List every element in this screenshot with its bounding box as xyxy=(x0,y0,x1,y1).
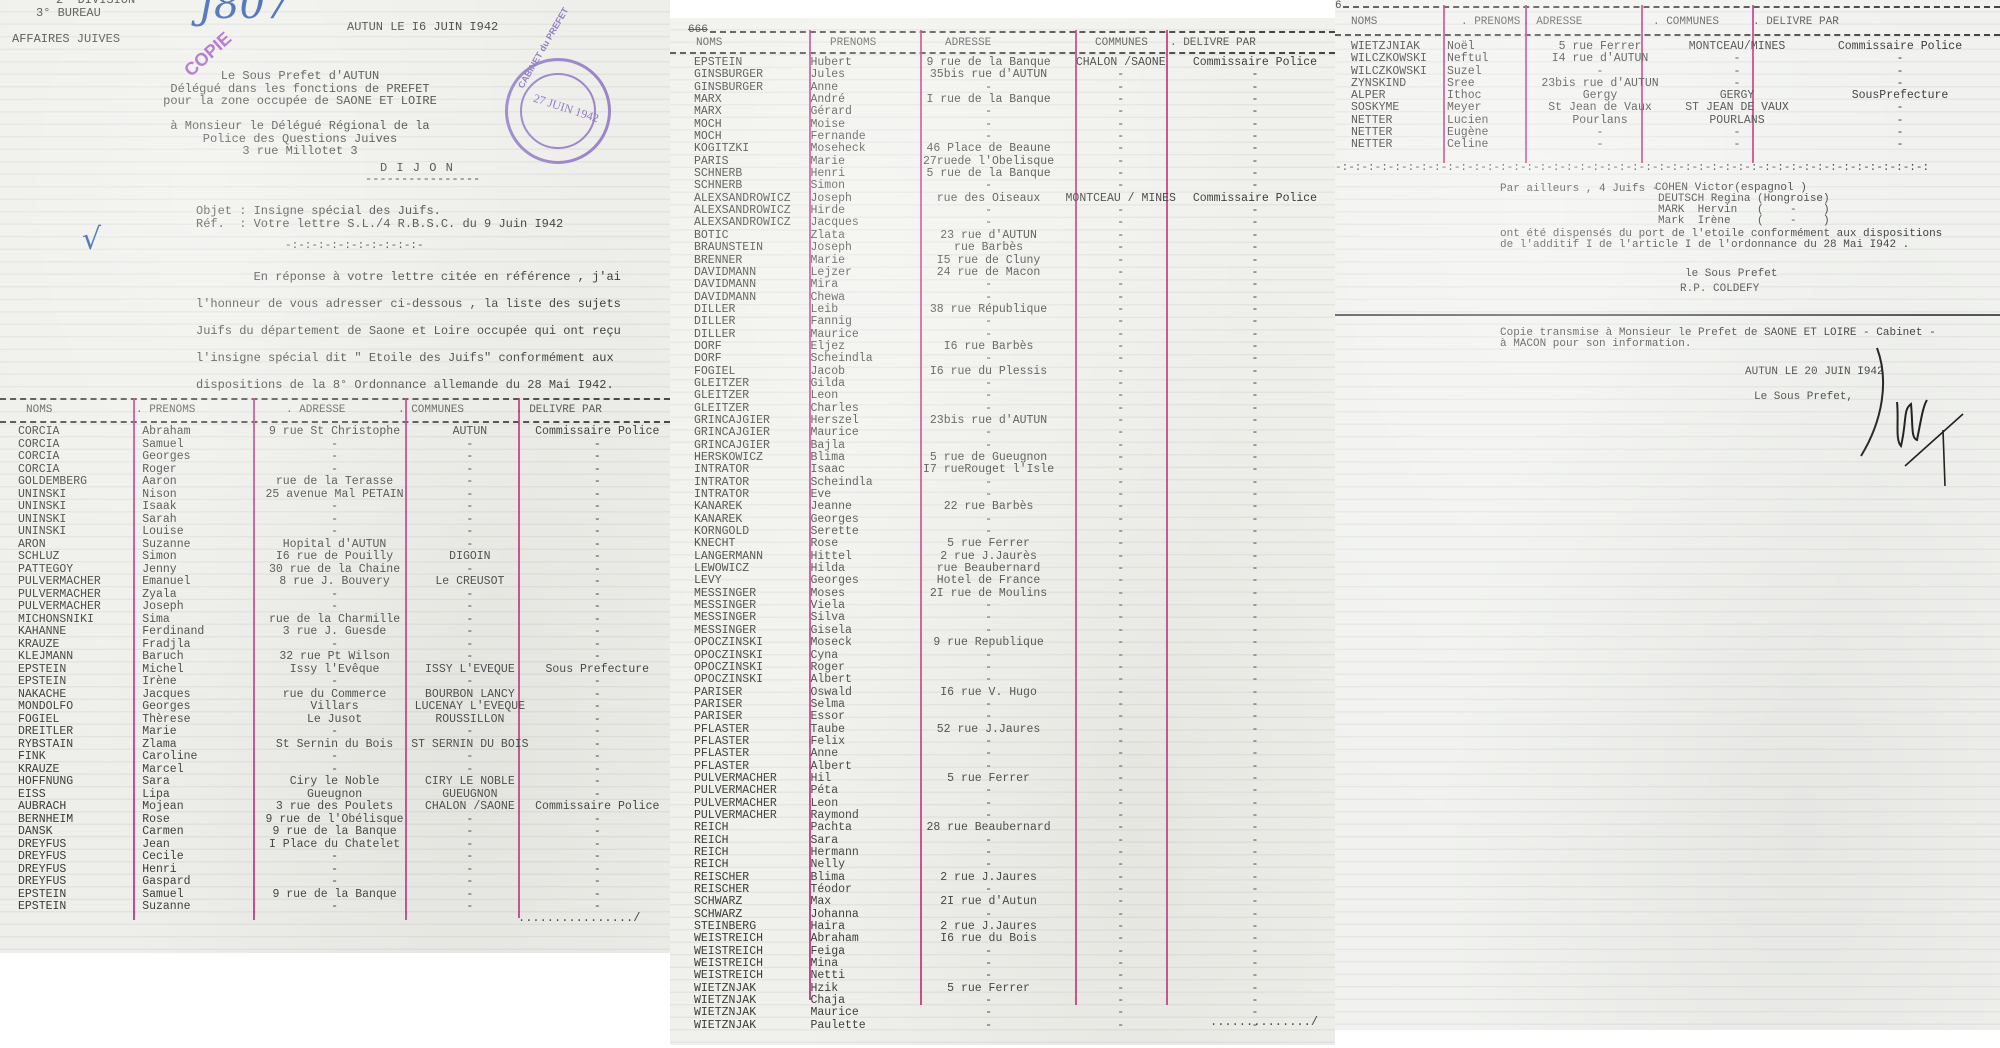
body-line: dispositions de la 8° Ordonnance alleman… xyxy=(196,372,621,399)
cell-prenom: Scheindla xyxy=(810,353,911,365)
cell-nom: GINSBURGER xyxy=(694,69,810,81)
cell-commune: - xyxy=(1066,1007,1176,1019)
cell-nom: WIETZNJAK xyxy=(694,1007,810,1019)
cell-nom: EPSTEIN xyxy=(18,901,142,914)
cell-delivre-par: - xyxy=(1176,711,1334,723)
cell-nom: PULVERMACHER xyxy=(18,601,142,614)
cell-nom: BRAUNSTEIN xyxy=(694,242,810,254)
cell-commune: - xyxy=(411,626,528,639)
cell-commune: - xyxy=(1066,637,1176,649)
cell-nom: GLEITZER xyxy=(694,390,810,402)
cell-prenom: Georges xyxy=(142,701,258,714)
cell-delivre-par: - xyxy=(1176,242,1334,254)
cell-nom: KAHANNE xyxy=(18,626,142,639)
table-row: BRENNERMarieI5 rue de Cluny-- xyxy=(694,255,1334,267)
cell-commune: - xyxy=(1066,316,1176,328)
cell-commune: Le CREUSOT xyxy=(411,576,528,589)
handwritten-signature-icon xyxy=(1855,340,1965,490)
body-line: En réponse à votre lettre citée en référ… xyxy=(196,264,621,291)
cell-nom: MESSINGER xyxy=(694,612,810,624)
cell-nom: OPOCZINSKI xyxy=(694,650,810,662)
table-row: KOGITZKIMoseheck46 Place de Beaune-- xyxy=(694,143,1334,155)
table-row: SCHLUZSimonI6 rue de PouillyDIGOIN- xyxy=(18,551,666,564)
document-page-2: 666 NOMS PRENOMS ADRESSE COMMUNES . DELI… xyxy=(670,18,1335,1045)
cell-prenom: Jules xyxy=(810,69,911,81)
cell-prenom: Péta xyxy=(810,785,911,797)
cell-prenom: Louise xyxy=(142,526,258,539)
table-row: REICHNelly--- xyxy=(694,859,1334,871)
cell-prenom: Rose xyxy=(810,538,911,550)
table-row: DREITLERMarie--- xyxy=(18,726,666,739)
table-row: FOGIELJacobI6 rue du Plessis-- xyxy=(694,366,1334,378)
table-row: INTRATORScheindla--- xyxy=(694,477,1334,489)
cell-adresse: 32 rue Pt Wilson xyxy=(258,651,411,664)
cell-prenom: Mojean xyxy=(142,801,258,814)
table-row: EPSTEINIrène--- xyxy=(18,676,666,689)
cell-nom: WEISTREICH xyxy=(694,933,810,945)
cell-commune: - xyxy=(1673,53,1801,65)
exemptions-intro: Par ailleurs , 4 Juifs - xyxy=(1500,183,1665,196)
letter-date: AUTUN LE I6 JUIN I942 xyxy=(347,21,498,34)
cell-nom: OPOCZINSKI xyxy=(694,637,810,649)
cell-prenom: Isaac xyxy=(810,464,911,476)
cell-prenom: Meyer xyxy=(1447,102,1527,114)
cell-nom: OPOCZINSKI xyxy=(694,674,810,686)
cell-delivre-par: - xyxy=(1801,139,1999,151)
cell-adresse: Villars xyxy=(258,701,411,714)
table-row: FINKCaroline--- xyxy=(18,751,666,764)
cell-adresse: rue de la Terasse xyxy=(258,476,411,489)
column-header-noms: NOMS xyxy=(26,404,52,416)
cell-delivre-par: - xyxy=(1176,650,1334,662)
cell-adresse: Ciry le Noble xyxy=(258,776,411,789)
cell-commune: - xyxy=(1066,748,1176,760)
cell-nom: SCHLUZ xyxy=(18,551,142,564)
cell-commune: - xyxy=(1066,69,1176,81)
cell-commune: CHALON /SAONE xyxy=(411,801,528,814)
table-row: MESSINGERMoses2I rue de Moulins-- xyxy=(694,588,1334,600)
table-row: DREYFUSHenri--- xyxy=(18,864,666,877)
cell-adresse: - xyxy=(258,676,411,689)
table-row: HOFFNUNGSaraCiry le NobleCIRY LE NOBLE- xyxy=(18,776,666,789)
cell-adresse: - xyxy=(912,217,1066,229)
table-row: MONDOLFOGeorgesVillarsLUCENAY L'EVEQUE- xyxy=(18,701,666,714)
table-row: SOSKYMEMeyerSt Jean de VauxST JEAN DE VA… xyxy=(1351,102,1999,114)
cell-prenom: Cyna xyxy=(810,650,911,662)
subject-line: Objet : Insigne spécial des Juifs. xyxy=(196,205,441,218)
cell-delivre-par: - xyxy=(1176,501,1334,513)
cell-delivre-par: - xyxy=(1176,427,1334,439)
cell-commune: - xyxy=(411,651,528,664)
copy-note-line: à MACON pour son information. xyxy=(1500,339,1691,350)
column-header-prenoms: . PRENOMS xyxy=(1461,16,1520,28)
cell-prenom: Moseheck xyxy=(810,143,911,155)
cell-adresse: rue Barbès xyxy=(912,242,1066,254)
table-row: PULVERMACHERPéta--- xyxy=(694,785,1334,797)
cell-commune: - xyxy=(1066,217,1176,229)
cell-adresse: 9 rue Republique xyxy=(912,637,1066,649)
cell-delivre-par: - xyxy=(1176,143,1334,155)
cell-prenom: Simon xyxy=(142,551,258,564)
table-row: ALEXSANDROWICZJacques--- xyxy=(694,217,1334,229)
cell-prenom: Joseph xyxy=(810,242,911,254)
cell-adresse: - xyxy=(912,748,1066,760)
cell-commune: - xyxy=(1066,970,1176,982)
table-row: GLEITZERLeon--- xyxy=(694,390,1334,402)
cell-adresse: - xyxy=(912,1020,1066,1032)
separator: -:-:-:-:-:-:-:-:-:-:- xyxy=(285,240,424,253)
cell-nom: CORCIA xyxy=(18,426,142,439)
cell-delivre-par: - xyxy=(529,851,666,864)
cell-delivre-par: - xyxy=(529,576,666,589)
cell-nom: UNINSKI xyxy=(18,526,142,539)
table-row: UNINSKISarah--- xyxy=(18,514,666,527)
cell-commune: - xyxy=(411,676,528,689)
cell-nom: INTRATOR xyxy=(694,464,810,476)
cell-nom: BRENNER xyxy=(694,255,810,267)
table-row: MESSINGERSilva--- xyxy=(694,612,1334,624)
cell-delivre-par: Commissaire Police xyxy=(529,801,666,814)
cell-commune: - xyxy=(1066,674,1176,686)
cell-delivre-par: - xyxy=(1176,970,1334,982)
table-row: FOGIELThèreseLe JusotROUSSILLON- xyxy=(18,714,666,727)
cell-nom: ALEXSANDROWICZ xyxy=(694,217,810,229)
table-row: PFLASTERFelix--- xyxy=(694,736,1334,748)
table-row: WEISTREICHNetti--- xyxy=(694,970,1334,982)
table-row: OPOCZINSKICyna--- xyxy=(694,650,1334,662)
continuation-mark: ............../ xyxy=(1210,1016,1318,1029)
cell-commune: - xyxy=(411,851,528,864)
table-row: CORCIAGeorges--- xyxy=(18,451,666,464)
recipient-line: à Monsieur le Délégué Régional de la xyxy=(150,120,450,133)
cell-nom: DANSK xyxy=(18,826,142,839)
cell-delivre-par: - xyxy=(529,476,666,489)
table-row: WEISTREICHMina--- xyxy=(694,958,1334,970)
cell-commune: - xyxy=(1066,106,1176,118)
body-line: l'honneur de vous adresser ci-dessous , … xyxy=(196,291,621,318)
cell-delivre-par: - xyxy=(1176,279,1334,291)
cell-nom: SOSKYME xyxy=(1351,102,1447,114)
city-underline: ---------------- xyxy=(365,173,480,186)
cell-commune: - xyxy=(1066,933,1176,945)
cell-nom: PARISER xyxy=(694,711,810,723)
table-row: PFLASTERTaube52 rue J.Jaures-- xyxy=(694,724,1334,736)
cell-adresse: 5 rue Ferrer xyxy=(912,538,1066,550)
column-header-adresse: . ADRESSE xyxy=(1523,16,1582,28)
table-row: KNECHTRose5 rue Ferrer-- xyxy=(694,538,1334,550)
cell-commune: - xyxy=(411,726,528,739)
sender-block: Le Sous Prefet d'AUTUN Délégué dans les … xyxy=(150,70,450,108)
table-row: PARISEREssor--- xyxy=(694,711,1334,723)
cell-nom: SCHNERB xyxy=(694,180,810,192)
cell-prenom: Moseck xyxy=(810,637,911,649)
jews-list-table: CORCIAAbraham9 rue St ChristopheAUTUNCom… xyxy=(18,426,666,914)
table-row: UNINSKINison25 avenue Mal PETAIN-- xyxy=(18,489,666,502)
cell-delivre-par: - xyxy=(1176,674,1334,686)
cell-delivre-par: - xyxy=(529,526,666,539)
table-row: WILCZKOWSKINeftulI4 rue d'AUTUN-- xyxy=(1351,53,1999,65)
cell-adresse: Hotel de France xyxy=(912,575,1066,587)
cell-adresse: - xyxy=(912,427,1066,439)
cell-delivre-par: - xyxy=(1176,896,1334,908)
table-row: SCHNERBSimon--- xyxy=(694,180,1334,192)
page-number: 6 xyxy=(1335,0,1342,13)
cell-adresse: - xyxy=(258,451,411,464)
continuation-mark: ................/ xyxy=(518,912,640,925)
cell-commune: - xyxy=(1066,143,1176,155)
table-row: DILLERFannig--- xyxy=(694,316,1334,328)
recipient-block: à Monsieur le Délégué Régional de la Pol… xyxy=(150,120,450,158)
cell-commune: - xyxy=(1066,612,1176,624)
table-row: RYBSTAINZlamaSt Sernin du BoisST SERNIN … xyxy=(18,739,666,752)
cell-prenom: Silva xyxy=(810,612,911,624)
cell-prenom: Neftul xyxy=(1447,53,1527,65)
column-header-communes: . COMMUNES xyxy=(398,404,464,416)
cell-nom: PULVERMACHER xyxy=(18,576,142,589)
column-header-delivre-par: . DELIVRE PAR xyxy=(516,404,602,416)
column-header-noms: NOMS xyxy=(1351,16,1377,28)
cell-prenom: Essor xyxy=(810,711,911,723)
column-header-delivre-par: . DELIVRE PAR xyxy=(1753,16,1839,28)
table-row: PFLASTERAnne--- xyxy=(694,748,1334,760)
cell-delivre-par: - xyxy=(529,601,666,614)
cell-adresse: - xyxy=(912,390,1066,402)
column-header-noms: NOMS xyxy=(696,37,722,49)
body-line: Juifs du département de Saone et Loire o… xyxy=(196,318,621,345)
jews-list-table: WIETZJNIAKNoël5 rue FerrerMONTCEAU/MINES… xyxy=(1351,41,1999,152)
cell-nom: KANAREK xyxy=(694,501,810,513)
cell-adresse: - xyxy=(912,650,1066,662)
cell-prenom: Paulette xyxy=(810,1020,911,1032)
cell-prenom: Leon xyxy=(810,390,911,402)
cell-delivre-par: - xyxy=(1176,822,1334,834)
cell-delivre-par: - xyxy=(1176,390,1334,402)
cell-commune: - xyxy=(1066,538,1176,550)
recipient-line: 3 rue Millotet 3 xyxy=(150,145,450,158)
table-row: DILLERLeib38 rue République-- xyxy=(694,304,1334,316)
table-row: KLEJMANNBaruch32 rue Pt Wilson-- xyxy=(18,651,666,664)
cell-adresse: - xyxy=(912,612,1066,624)
cell-commune: - xyxy=(1066,501,1176,513)
table-top-rule xyxy=(710,31,1335,33)
cell-nom: DREYFUS xyxy=(18,851,142,864)
cell-adresse: - xyxy=(912,859,1066,871)
cell-delivre-par: - xyxy=(1176,748,1334,760)
jews-list-table: EPSTEINHubert9 rue de la BanqueCHALON /S… xyxy=(694,57,1334,1032)
table-row: GLEITZERGilda--- xyxy=(694,378,1334,390)
cell-nom: FINK xyxy=(18,751,142,764)
cell-delivre-par: Commissaire Police xyxy=(529,426,666,439)
cell-commune: - xyxy=(1066,390,1176,402)
cell-nom: WEISTREICH xyxy=(694,970,810,982)
cell-prenom: Aaron xyxy=(142,476,258,489)
page-number: 666 xyxy=(688,24,708,37)
cell-delivre-par: - xyxy=(1176,180,1334,192)
cell-prenom: Netti xyxy=(810,970,911,982)
column-header-prenoms: . PRENOMS xyxy=(136,404,195,416)
cell-commune: - xyxy=(411,476,528,489)
column-header-delivre-par: . DELIVRE PAR xyxy=(1170,37,1256,49)
cell-delivre-par: - xyxy=(1176,464,1334,476)
column-header-adresse: ADRESSE xyxy=(945,37,991,49)
cell-prenom: Anne xyxy=(810,748,911,760)
exemptions-list: COHEN Victor(espagnol ) DEUTSCH Regina (… xyxy=(1655,183,1827,227)
document-page-1: 2° DIVISION 3° BUREAU AFFAIRES JUIVES AU… xyxy=(0,0,670,953)
cell-adresse: 46 Place de Beaune xyxy=(912,143,1066,155)
cell-nom: NETTER xyxy=(1351,139,1447,151)
cell-nom: DREYFUS xyxy=(18,876,142,889)
cell-delivre-par: - xyxy=(1176,255,1334,267)
cell-prenom: Suzanne xyxy=(142,901,258,914)
cell-nom: PFLASTER xyxy=(694,748,810,760)
cell-adresse: - xyxy=(912,279,1066,291)
table-row: EPSTEINMichelIssy l'EvêqueISSY L'EVEQUES… xyxy=(18,664,666,677)
cell-prenom: Georges xyxy=(810,575,911,587)
cell-delivre-par: - xyxy=(1176,859,1334,871)
cell-adresse: - xyxy=(258,851,411,864)
closing-signatory: Le Sous Prefet, xyxy=(1754,391,1853,404)
cell-nom: GRINCAJGIER xyxy=(694,427,810,439)
cell-delivre-par: - xyxy=(1176,933,1334,945)
cell-prenom: Carmen xyxy=(142,826,258,839)
handwritten-reference-icon: J807 xyxy=(198,0,290,28)
cell-commune: LUCENAY L'EVEQUE xyxy=(411,701,528,714)
cell-adresse: - xyxy=(258,901,411,914)
table-row: GOLDEMBERGAaronrue de la Terasse-- xyxy=(18,476,666,489)
table-row: BRAUNSTEINJosephrue Barbès-- xyxy=(694,242,1334,254)
cell-delivre-par: - xyxy=(529,626,666,639)
cell-adresse: 3 rue J. Guesde xyxy=(258,626,411,639)
cell-commune: - xyxy=(1066,896,1176,908)
cell-adresse: - xyxy=(912,970,1066,982)
cell-prenom: Caroline xyxy=(142,751,258,764)
cell-commune: - xyxy=(1066,242,1176,254)
cell-nom: PULVERMACHER xyxy=(694,785,810,797)
column-header-communes: COMMUNES xyxy=(1095,37,1148,49)
letter-body: En réponse à votre lettre citée en référ… xyxy=(196,264,621,399)
table-row: GINSBURGERJules35bis rue d'AUTUN-- xyxy=(694,69,1334,81)
table-row: PARISEROswaldI6 rue V. Hugo-- xyxy=(694,687,1334,699)
cell-delivre-par: - xyxy=(1801,53,1999,65)
table-row: CORCIAAbraham9 rue St ChristopheAUTUNCom… xyxy=(18,426,666,439)
cell-delivre-par: - xyxy=(529,701,666,714)
cell-commune: ST JEAN DE VAUX xyxy=(1673,102,1801,114)
table-row: GRINCAJGIERHerszel23bis rue d'AUTUN-- xyxy=(694,415,1334,427)
cell-adresse: - xyxy=(258,876,411,889)
table-row: DREYFUSGaspard--- xyxy=(18,876,666,889)
cell-delivre-par: - xyxy=(1176,637,1334,649)
table-row: DANSKCarmen9 rue de la Banque-- xyxy=(18,826,666,839)
cell-nom: GOLDEMBERG xyxy=(18,476,142,489)
cell-commune: - xyxy=(1066,1020,1176,1032)
section-rule xyxy=(1335,314,2000,316)
cell-adresse: - xyxy=(258,726,411,739)
cell-prenom: Ferdinand xyxy=(142,626,258,639)
table-row: PULVERMACHERHil5 rue Ferrer-- xyxy=(694,773,1334,785)
cell-prenom: Maurice xyxy=(810,1007,911,1019)
cell-prenom: Jacques xyxy=(810,217,911,229)
cell-nom: MARX xyxy=(694,106,810,118)
cell-adresse: I4 rue d'AUTUN xyxy=(1527,53,1673,65)
cell-prenom: Maurice xyxy=(810,427,911,439)
cell-adresse: 2I rue d'Autun xyxy=(912,896,1066,908)
cell-adresse: - xyxy=(912,353,1066,365)
cell-adresse: - xyxy=(258,601,411,614)
cell-adresse: - xyxy=(912,180,1066,192)
cell-commune: - xyxy=(411,451,528,464)
table-row: UNINSKILouise--- xyxy=(18,526,666,539)
cell-delivre-par: - xyxy=(1176,316,1334,328)
cell-adresse: I5 rue de Cluny xyxy=(912,255,1066,267)
cell-prenom: Gaspard xyxy=(142,876,258,889)
table-row: DREYFUSCecile--- xyxy=(18,851,666,864)
table-row: REISCHERBlima2 rue J.Jaures-- xyxy=(694,872,1334,884)
cell-commune: - xyxy=(1066,650,1176,662)
cell-delivre-par: - xyxy=(529,551,666,564)
cell-commune: CIRY LE NOBLE xyxy=(411,776,528,789)
cell-adresse: - xyxy=(1527,139,1673,151)
signatory-title: le Sous Prefet xyxy=(1685,268,1777,281)
cell-prenom: Pachta xyxy=(810,822,911,834)
table-row: EPSTEINSamuel9 rue de la Banque-- xyxy=(18,889,666,902)
cell-prenom: Mira xyxy=(810,279,911,291)
table-row: KANAREKGeorges--- xyxy=(694,514,1334,526)
cell-nom: WIETZNJAK xyxy=(694,1020,810,1032)
table-row: MOCHMoise--- xyxy=(694,119,1334,131)
table-row: AUBRACHMojean3 rue des PouletsCHALON /SA… xyxy=(18,801,666,814)
cell-commune: - xyxy=(1066,353,1176,365)
cell-commune: - xyxy=(1066,859,1176,871)
cell-commune: - xyxy=(1066,464,1176,476)
cell-nom: AUBRACH xyxy=(18,801,142,814)
cell-delivre-par: - xyxy=(529,751,666,764)
cell-prenom: Celine xyxy=(1447,139,1527,151)
reference-line: Réf. : Votre lettre S.L./4 R.B.S.C. du 9… xyxy=(196,218,563,231)
table-row: SCHNERBHenri5 rue de la Banque-- xyxy=(694,168,1334,180)
cell-commune: - xyxy=(1066,279,1176,291)
table-header-rule xyxy=(670,52,1335,54)
column-header-prenoms: PRENOMS xyxy=(830,37,876,49)
cell-delivre-par: - xyxy=(529,876,666,889)
signatory-name: R.P. COLDEFY xyxy=(1680,283,1759,296)
cell-commune: - xyxy=(1066,785,1176,797)
table-row: REICHSara--- xyxy=(694,835,1334,847)
cell-adresse: St Jean de Vaux xyxy=(1527,102,1673,114)
cell-nom: KOGITZKI xyxy=(694,143,810,155)
cell-adresse: - xyxy=(912,1007,1066,1019)
sender-line: Le Sous Prefet d'AUTUN xyxy=(150,70,450,83)
cell-nom: DORF xyxy=(694,353,810,365)
cell-commune: - xyxy=(1066,575,1176,587)
cell-delivre-par: - xyxy=(1176,217,1334,229)
cell-prenom: Max xyxy=(810,896,911,908)
document-page-3: 6 NOMS . PRENOMS . ADRESSE . COMMUNES . … xyxy=(1335,0,2000,1030)
cell-nom: DAVIDMANN xyxy=(694,279,810,291)
table-row: INTRATORIsaacI7 rueRouget l'Isle-- xyxy=(694,464,1334,476)
cell-delivre-par: - xyxy=(529,726,666,739)
cell-prenom: Isaak xyxy=(142,501,258,514)
cell-prenom: Gérard xyxy=(810,106,911,118)
bureau-line: 3° BUREAU xyxy=(36,7,101,20)
cell-delivre-par: - xyxy=(529,451,666,464)
table-row: NETTERCeline--- xyxy=(1351,139,1999,151)
table-row: DORFEljezI6 rue Barbès-- xyxy=(694,341,1334,353)
cell-commune: - xyxy=(1066,427,1176,439)
cell-prenom: Irène xyxy=(142,676,258,689)
table-row: DREYFUSJeanI Place du Chatelet-- xyxy=(18,839,666,852)
cell-prenom: Emanuel xyxy=(142,576,258,589)
table-row: REICHHermann--- xyxy=(694,847,1334,859)
